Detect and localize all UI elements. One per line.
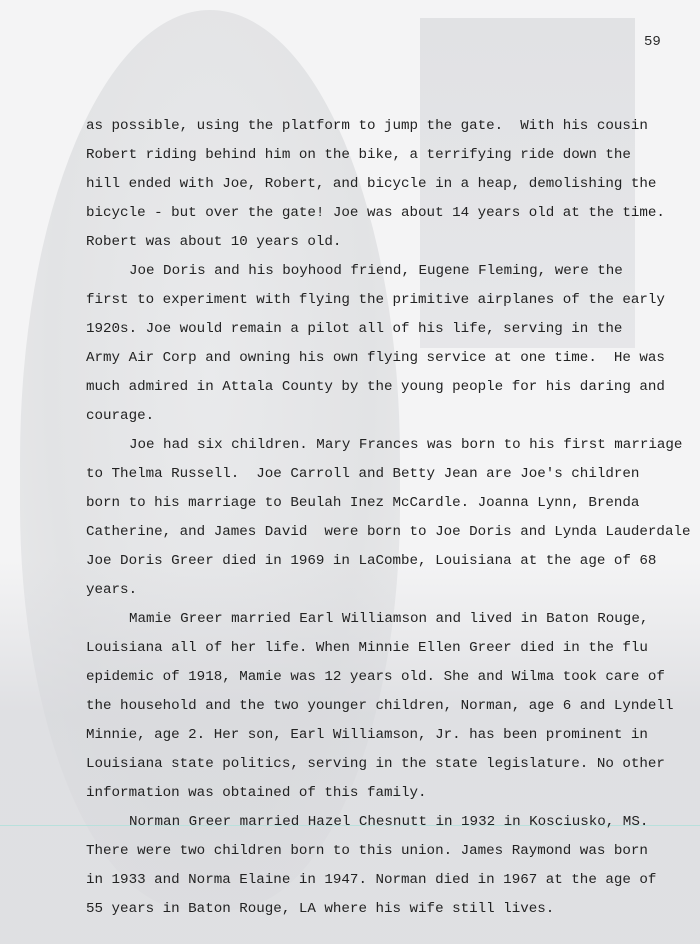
text-line: There were two children born to this uni…: [86, 837, 700, 866]
text-line: 1920s. Joe would remain a pilot all of h…: [86, 315, 700, 344]
text-line: Army Air Corp and owning his own flying …: [86, 344, 700, 373]
page-number: 59: [644, 34, 661, 50]
text-line: as possible, using the platform to jump …: [86, 112, 700, 141]
text-line: Louisiana all of her life. When Minnie E…: [86, 634, 700, 663]
text-line: years.: [86, 576, 700, 605]
text-line: first to experiment with flying the prim…: [86, 286, 700, 315]
body-text: as possible, using the platform to jump …: [86, 112, 700, 924]
text-line: Minnie, age 2. Her son, Earl Williamson,…: [86, 721, 700, 750]
text-line: Catherine, and James David were born to …: [86, 518, 700, 547]
text-line: Robert riding behind him on the bike, a …: [86, 141, 700, 170]
text-line: Joe had six children. Mary Frances was b…: [86, 431, 700, 460]
text-line: courage.: [86, 402, 700, 431]
text-line: Joe Doris and his boyhood friend, Eugene…: [86, 257, 700, 286]
paragraph: as possible, using the platform to jump …: [86, 112, 700, 257]
text-line: much admired in Attala County by the you…: [86, 373, 700, 402]
document-page: 59 as possible, using the platform to ju…: [0, 0, 700, 944]
text-line: Robert was about 10 years old.: [86, 228, 700, 257]
text-line: bicycle - but over the gate! Joe was abo…: [86, 199, 700, 228]
paragraph: Joe had six children. Mary Frances was b…: [86, 431, 700, 605]
text-line: Norman Greer married Hazel Chesnutt in 1…: [86, 808, 700, 837]
paragraph: Joe Doris and his boyhood friend, Eugene…: [86, 257, 700, 431]
text-line: epidemic of 1918, Mamie was 12 years old…: [86, 663, 700, 692]
text-line: in 1933 and Norma Elaine in 1947. Norman…: [86, 866, 700, 895]
text-line: to Thelma Russell. Joe Carroll and Betty…: [86, 460, 700, 489]
paragraph: Norman Greer married Hazel Chesnutt in 1…: [86, 808, 700, 924]
text-line: information was obtained of this family.: [86, 779, 700, 808]
text-line: Louisiana state politics, serving in the…: [86, 750, 700, 779]
text-line: the household and the two younger childr…: [86, 692, 700, 721]
paragraph: Mamie Greer married Earl Williamson and …: [86, 605, 700, 808]
text-line: Joe Doris Greer died in 1969 in LaCombe,…: [86, 547, 700, 576]
text-line: Mamie Greer married Earl Williamson and …: [86, 605, 700, 634]
text-line: hill ended with Joe, Robert, and bicycle…: [86, 170, 700, 199]
text-line: 55 years in Baton Rouge, LA where his wi…: [86, 895, 700, 924]
text-line: born to his marriage to Beulah Inez McCa…: [86, 489, 700, 518]
